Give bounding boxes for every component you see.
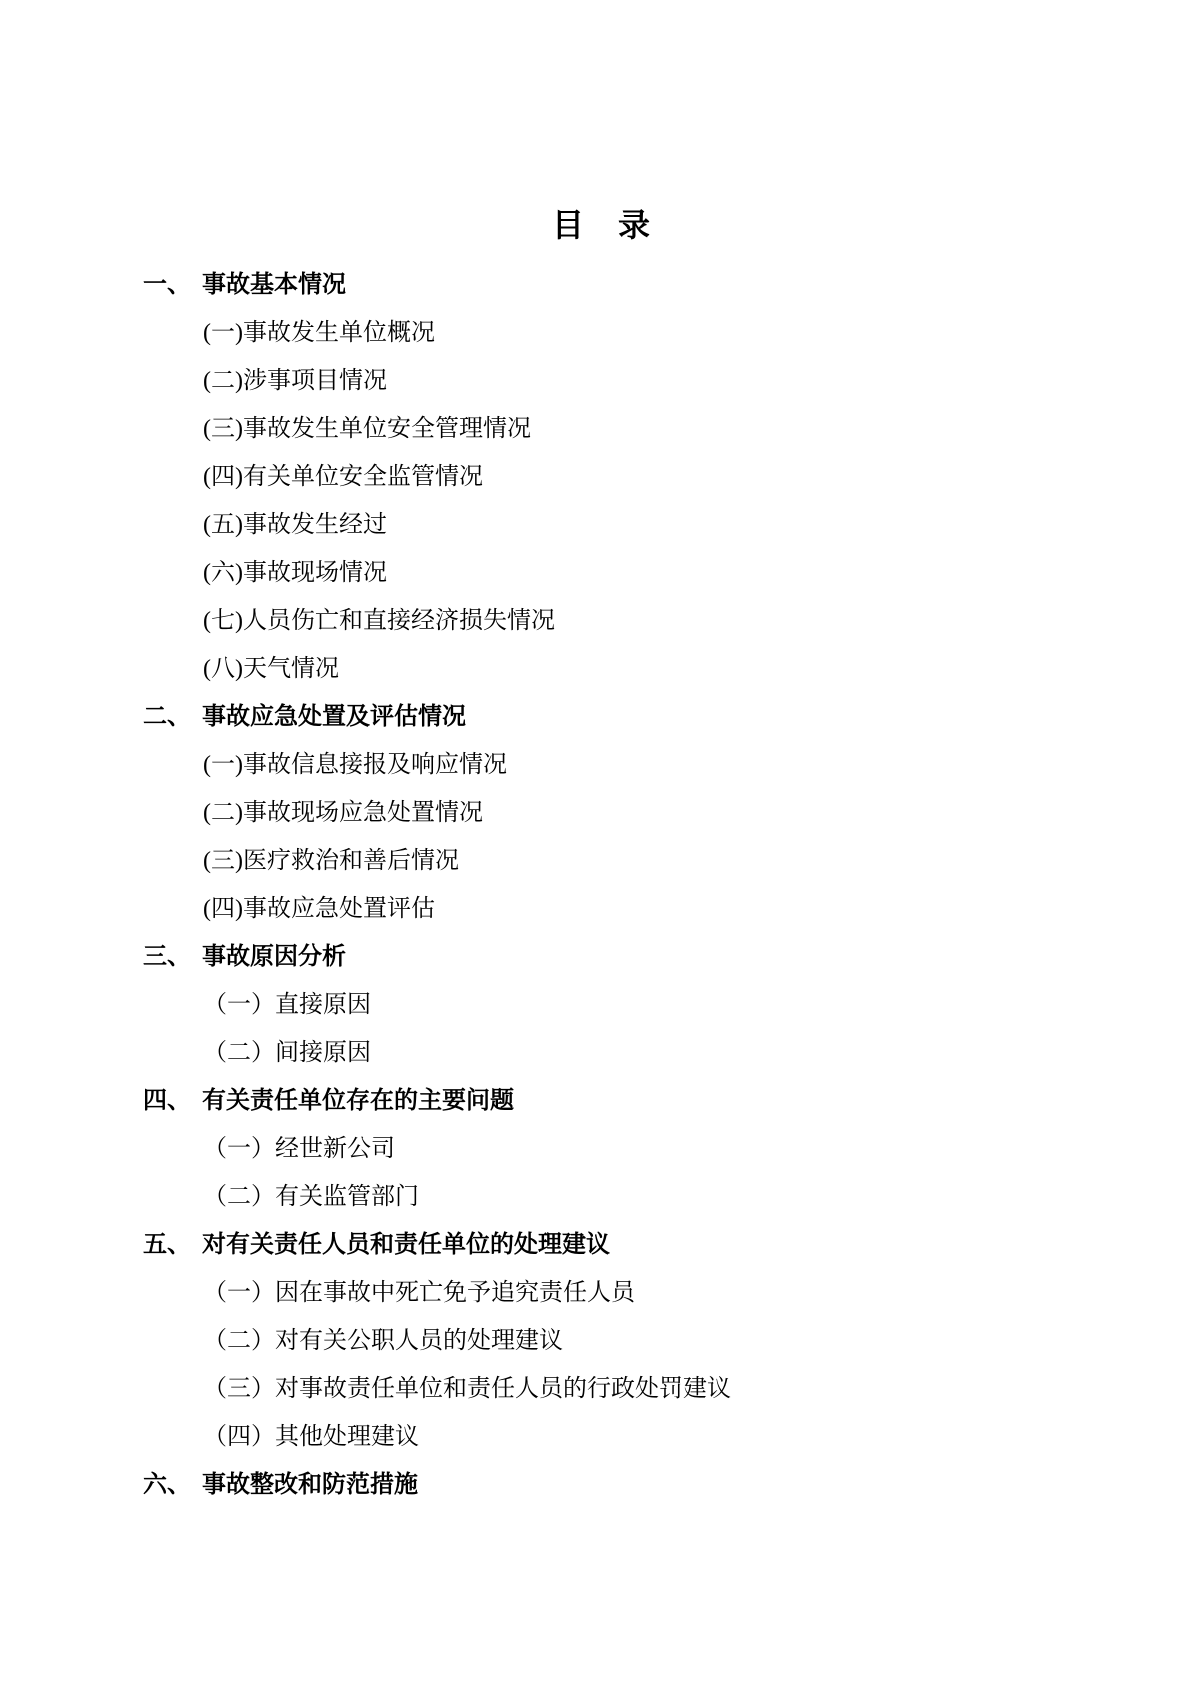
toc-section-number: 二、 (143, 693, 202, 741)
toc-item: （二）间接原因 (143, 1029, 1070, 1077)
toc-section-title: 事故原因分析 (202, 943, 346, 970)
toc-section-number: 四、 (143, 1077, 202, 1125)
toc-section-number: 三、 (143, 933, 202, 981)
page-content: 目 录 一、事故基本情况(一)事故发生单位概况(二)涉事项目情况(三)事故发生单… (0, 203, 1190, 1509)
toc-item: （三）对事故责任单位和责任人员的行政处罚建议 (143, 1365, 1070, 1413)
toc-section-number: 一、 (143, 261, 202, 309)
toc-item: (二)涉事项目情况 (143, 357, 1070, 405)
toc-section-title: 事故整改和防范措施 (202, 1471, 418, 1498)
toc-item: (五)事故发生经过 (143, 501, 1070, 549)
toc-item: (四)事故应急处置评估 (143, 885, 1070, 933)
toc-item: （一）经世新公司 (143, 1125, 1070, 1173)
toc-section-title: 事故基本情况 (202, 271, 346, 298)
toc-item: (三)事故发生单位安全管理情况 (143, 405, 1070, 453)
toc-section-heading: 二、事故应急处置及评估情况 (143, 693, 1070, 741)
toc-item: （四）其他处理建议 (143, 1413, 1070, 1461)
toc-item: （一）因在事故中死亡免予追究责任人员 (143, 1269, 1070, 1317)
toc-item: （一）直接原因 (143, 981, 1070, 1029)
toc-section-number: 六、 (143, 1461, 202, 1509)
document-page: 目 录 一、事故基本情况(一)事故发生单位概况(二)涉事项目情况(三)事故发生单… (0, 0, 1190, 1683)
toc-item: (二)事故现场应急处置情况 (143, 789, 1070, 837)
toc-item: （二）有关监管部门 (143, 1173, 1070, 1221)
toc-section-heading: 五、对有关责任人员和责任单位的处理建议 (143, 1221, 1070, 1269)
toc-section-number: 五、 (143, 1221, 202, 1269)
toc-section-heading: 一、事故基本情况 (143, 261, 1070, 309)
toc-item: (一)事故发生单位概况 (143, 309, 1070, 357)
toc-item: (一)事故信息接报及响应情况 (143, 741, 1070, 789)
toc-item: (四)有关单位安全监管情况 (143, 453, 1070, 501)
toc-section-heading: 三、事故原因分析 (143, 933, 1070, 981)
toc-section-title: 对有关责任人员和责任单位的处理建议 (202, 1231, 610, 1258)
toc-title: 目 录 (0, 203, 1190, 247)
toc-list: 一、事故基本情况(一)事故发生单位概况(二)涉事项目情况(三)事故发生单位安全管… (143, 261, 1070, 1509)
toc-item: (七)人员伤亡和直接经济损失情况 (143, 597, 1070, 645)
toc-item: (八)天气情况 (143, 645, 1070, 693)
toc-item: （二）对有关公职人员的处理建议 (143, 1317, 1070, 1365)
toc-section-heading: 六、事故整改和防范措施 (143, 1461, 1070, 1509)
toc-section-heading: 四、有关责任单位存在的主要问题 (143, 1077, 1070, 1125)
toc-item: (三)医疗救治和善后情况 (143, 837, 1070, 885)
toc-section-title: 有关责任单位存在的主要问题 (202, 1087, 514, 1114)
toc-section-title: 事故应急处置及评估情况 (202, 703, 466, 730)
toc-item: (六)事故现场情况 (143, 549, 1070, 597)
